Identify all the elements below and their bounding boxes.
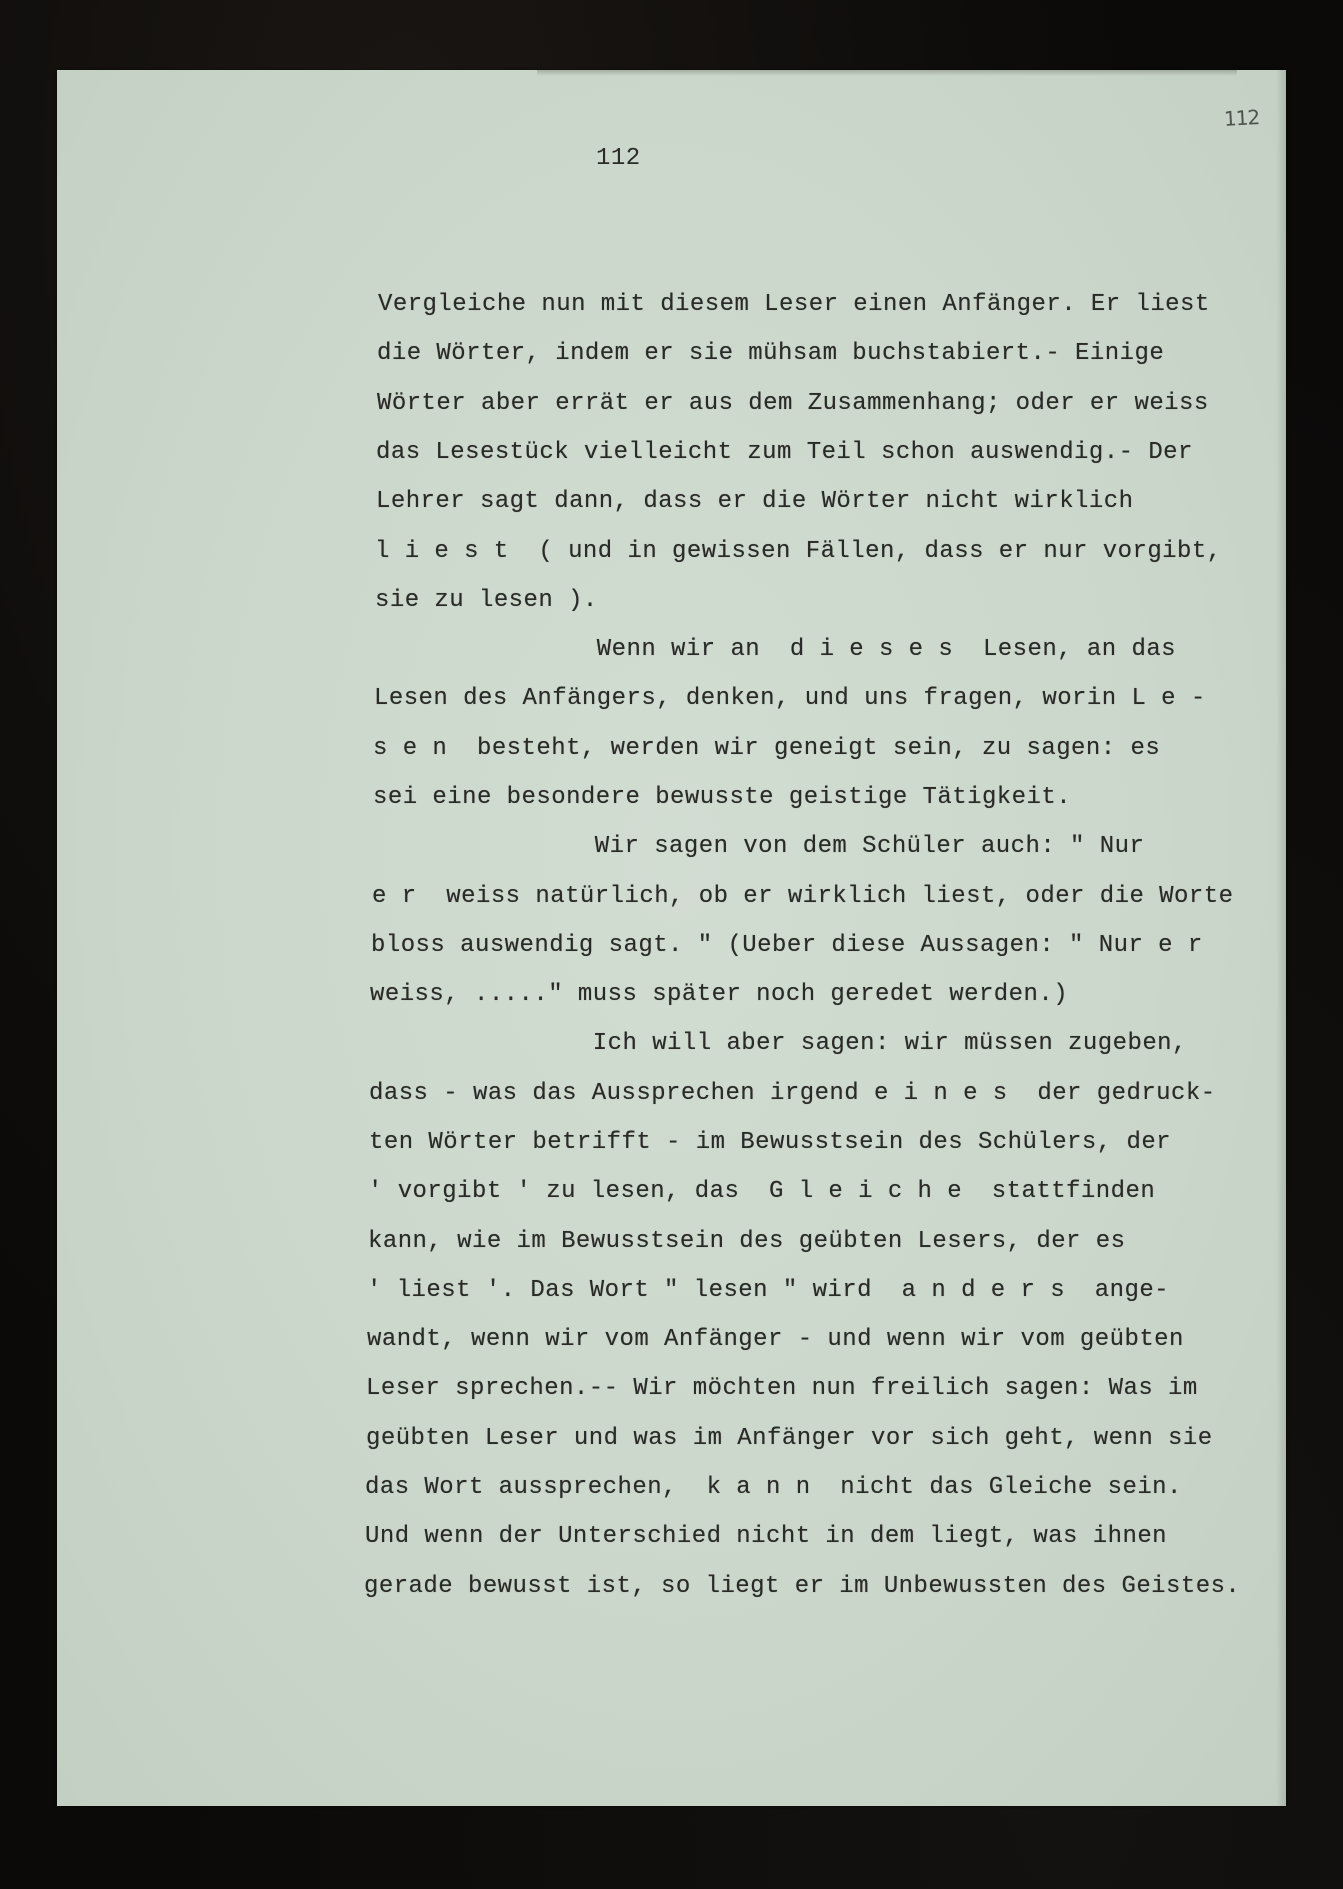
- text-line: Wir sagen von dem Schüler auch: " Nur: [372, 834, 1144, 860]
- text-line: s e n besteht, werden wir geneigt sein, …: [373, 736, 1160, 762]
- text-line: die Wörter, indem er sie mühsam buchstab…: [377, 341, 1164, 367]
- text-line: sie zu lesen ).: [375, 588, 598, 614]
- text-line: geübten Leser und was im Anfänger vor si…: [366, 1426, 1213, 1452]
- text-line: das Wort aussprechen, k a n n nicht das …: [365, 1475, 1182, 1501]
- text-line: gerade bewusst ist, so liegt er im Unbew…: [364, 1574, 1240, 1600]
- archive-page-number: 112: [1223, 105, 1259, 131]
- text-line: Lesen des Anfängers, denken, und uns fra…: [374, 686, 1206, 712]
- text-line: Vergleiche nun mit diesem Leser einen An…: [378, 292, 1210, 318]
- text-line: ' liest '. Das Wort " lesen " wird a n d…: [367, 1278, 1169, 1304]
- text-line: bloss auswendig sagt. " (Ueber diese Aus…: [371, 933, 1203, 959]
- text-line: Wenn wir an d i e s e s Lesen, an das: [374, 637, 1176, 663]
- text-line: Und wenn der Unterschied nicht in dem li…: [365, 1524, 1167, 1550]
- text-line: dass - was das Aussprechen irgend e i n …: [369, 1081, 1216, 1107]
- text-line: kann, wie im Bewusstsein des geübten Les…: [368, 1229, 1125, 1255]
- text-line: sei eine besondere bewusste geistige Tät…: [373, 785, 1071, 811]
- text-line: das Lesestück vielleicht zum Teil schon …: [376, 440, 1193, 466]
- text-line: wandt, wenn wir vom Anfänger - und wenn …: [367, 1327, 1184, 1353]
- text-line: ten Wörter betrifft - im Bewusstsein des…: [369, 1130, 1171, 1156]
- text-line: Ich will aber sagen: wir müssen zugeben,: [370, 1031, 1187, 1057]
- text-line: l i e s t ( und in gewissen Fällen, dass…: [375, 539, 1222, 565]
- text-line: Leser sprechen.-- Wir möchten nun freili…: [366, 1376, 1198, 1402]
- text-line: e r weiss natürlich, ob er wirklich lies…: [372, 884, 1233, 910]
- text-line: Wörter aber errät er aus dem Zusammenhan…: [377, 391, 1209, 417]
- text-line: Lehrer sagt dann, dass er die Wörter nic…: [376, 489, 1133, 515]
- typed-page-number: 112: [596, 146, 641, 172]
- text-line: ' vorgibt ' zu lesen, das G l e i c h e …: [368, 1179, 1155, 1205]
- text-line: weiss, ....." muss später noch geredet w…: [370, 982, 1068, 1008]
